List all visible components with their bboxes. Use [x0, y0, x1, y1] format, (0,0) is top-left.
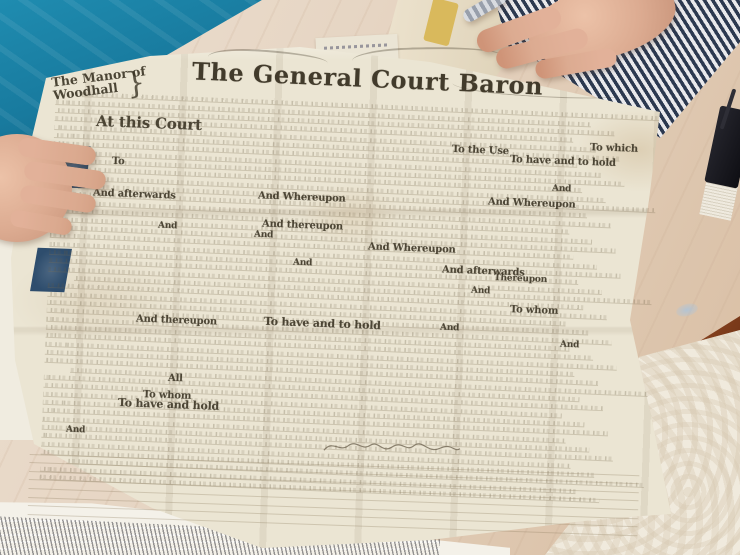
right-hand [455, 0, 685, 101]
docket-ink-squiggle [324, 43, 390, 49]
blue-smudge-on-table [675, 301, 699, 318]
silver-bracelet [461, 0, 509, 24]
left-hand [0, 122, 125, 257]
photo-of-manuscript-scene: The Manor of Woodhall } The General Cour… [0, 0, 740, 555]
steward-signature [322, 436, 463, 464]
